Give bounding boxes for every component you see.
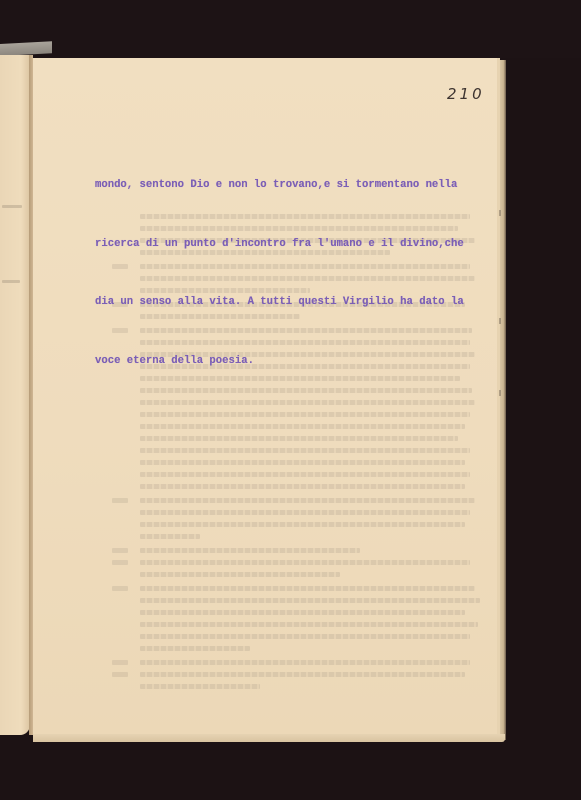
bleed-through-line (140, 522, 465, 527)
bleed-through-footnote-number (112, 560, 128, 565)
bleed-through-footnote-number (112, 586, 128, 591)
bleed-through-line (140, 560, 470, 565)
bleed-through-footnote-number (112, 672, 128, 677)
body-line: mondo, sentono Dio e non lo trovano,e si… (95, 176, 495, 196)
bleed-through-line (140, 586, 475, 591)
bleed-through-line (140, 400, 475, 405)
page-edge-mark (499, 390, 501, 396)
bleed-through-line (140, 572, 340, 577)
bleed-through-line (140, 672, 465, 677)
bleed-through-line (140, 598, 480, 603)
facing-page-bleed-mark (2, 205, 22, 208)
bleed-through-line (140, 510, 470, 515)
body-line: ricerca di un punto d'incontro fra l'uma… (95, 235, 495, 255)
facing-page-bleed-mark (2, 280, 20, 283)
bleed-through-line (140, 412, 470, 417)
bleed-through-line (140, 424, 465, 429)
bleed-through-line (140, 548, 360, 553)
bleed-through-line (140, 622, 478, 627)
facing-page (0, 55, 30, 735)
page-bottom-edge (33, 734, 505, 742)
body-line: dia un senso alla vita. A tutti questi V… (95, 293, 495, 313)
bleed-through-line (140, 610, 465, 615)
bleed-through-line (140, 448, 470, 453)
scan-background (0, 0, 581, 58)
bleed-through-line (140, 660, 470, 665)
bleed-through-line (140, 472, 470, 477)
bleed-through-line (140, 460, 465, 465)
bleed-through-line (140, 684, 260, 689)
page-edge-mark (499, 318, 501, 324)
bleed-through-line (140, 646, 250, 651)
body-line: voce eterna della poesia. (95, 352, 495, 372)
bleed-through-line (140, 498, 475, 503)
typewritten-body: mondo, sentono Dio e non lo trovano,e si… (95, 137, 495, 391)
bleed-through-footnote-number (112, 548, 128, 553)
page-number: 210 (447, 85, 485, 103)
page-right-edge (500, 60, 506, 740)
bleed-through-line (140, 534, 200, 539)
bleed-through-line (140, 436, 458, 441)
page-edge-mark (499, 210, 501, 216)
bleed-through-line (140, 484, 465, 489)
bleed-through-line (140, 634, 470, 639)
bleed-through-footnote-number (112, 660, 128, 665)
bleed-through-footnote-number (112, 498, 128, 503)
